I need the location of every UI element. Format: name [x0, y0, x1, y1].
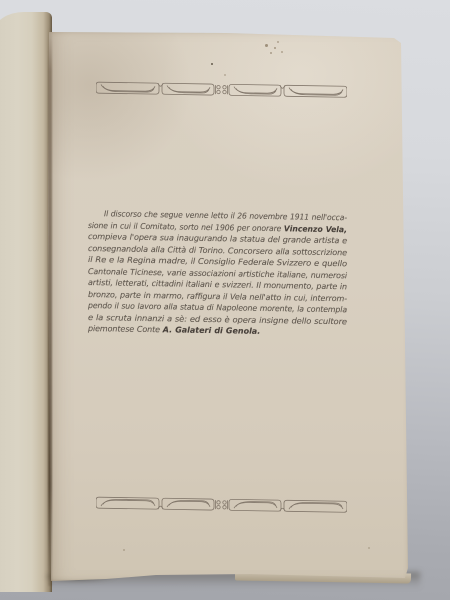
top-ornament: [96, 81, 347, 98]
left-page-edge: [0, 12, 52, 592]
paragraph: Il discorso che segue venne letto il 26 …: [88, 208, 347, 339]
bottom-ornament: [96, 496, 347, 513]
book-photo: Il discorso che segue venne letto il 26 …: [0, 0, 450, 600]
book-gutter: [48, 26, 52, 586]
page-content: Il discorso che segue venne letto il 26 …: [46, 29, 410, 587]
book-page: Il discorso che segue venne letto il 26 …: [46, 30, 410, 582]
